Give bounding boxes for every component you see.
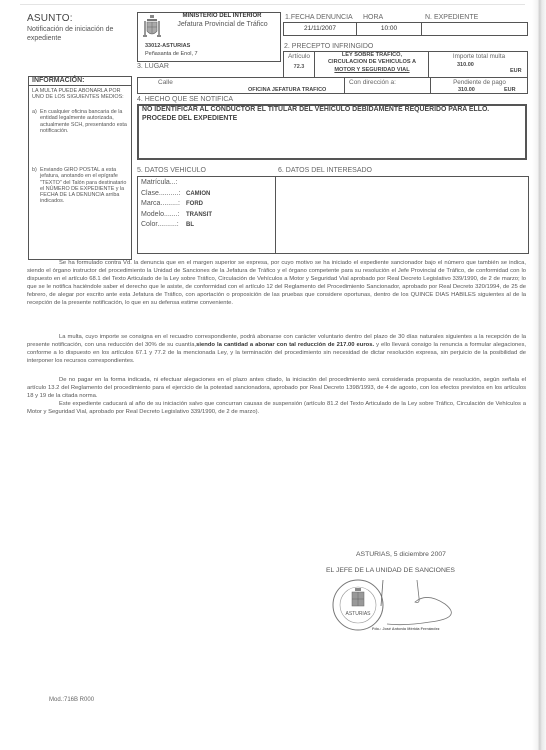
direccion-label: Con dirección a: [349,79,396,86]
body-paragraph-4: Este expediente caducará al año de su in… [27,401,526,417]
importe-currency: EUR [510,68,522,74]
lugar-box: Calle OFICINA JEFATURA TRAFICO Con direc… [137,77,528,94]
paragraph-bold-text: siendo la cantidad a abonar con tal redu… [196,342,374,348]
law-line-2: CIRCULACION DE VEHICULOS A [317,59,427,66]
precepto-box: Artículo 72.3 LEY SOBRE TRAFICO, CIRCULA… [283,51,528,78]
datos-interesado-label: 6. DATOS DEL INTERESADO [278,167,372,174]
pendiente-label: Pendiente de pago [432,79,527,86]
hecho-text: NO IDENTIFICAR AL CONDUCTOR EL TITULAR D… [142,106,524,123]
expediente-label: N. EXPEDIENTE [425,14,478,21]
top-edge-line [20,4,525,5]
informacion-divider [28,85,132,86]
field-value: FORD [186,199,203,210]
denuncia-info-row: 21/11/2007 10:00 [283,22,528,36]
vehicle-field-row: Marca.........:FORD [141,199,212,210]
field-key: Marca.........: [141,199,186,210]
datos-vehiculo-label: 5. DATOS VEHICULO [137,167,206,174]
ministry-subtitle: Jefatura Provincial de Tráfico [170,21,275,29]
asunto-title: ASUNTO: [27,13,73,24]
paragraph-text: De no pagar en la forma indicada, ni efe… [27,377,526,399]
ministry-address-line2: Peñasanta de Enol, 7 [145,51,198,57]
divider [428,52,429,77]
field-value: TRANSIT [186,210,212,221]
hora-label: HORA [363,14,383,21]
law-text: LEY SOBRE TRAFICO, CIRCULACION DE VEHICU… [317,52,427,74]
field-value: BL [186,220,194,231]
fecha-value: 21/11/2007 [284,23,356,35]
asunto-text: Notificación de iniciación de expediente [27,26,117,43]
calle-value: OFICINA JEFATURA TRAFICO [248,87,326,93]
informacion-item-a: a) En cualquier oficina bancaria de la e… [32,109,130,134]
paragraph-text: Se ha formulado contra Vd. la denuncia q… [27,260,526,306]
field-key: Matrícula...: [141,178,186,189]
informacion-intro: LA MULTA PUEDE ABONARLA POR UNO DE LOS S… [32,88,130,101]
pendiente-value: 310.00 [458,87,475,93]
svg-text:ASTURIAS: ASTURIAS [345,611,371,617]
vehicle-field-row: Matrícula...: [141,178,212,189]
lugar-label: 3. LUGAR [137,63,169,70]
field-key: Modelo.......: [141,210,186,221]
hecho-label: 4. HECHO QUE SE NOTIFICA [137,96,233,103]
fecha-denuncia-label: 1.FECHA DENUNCIA [285,14,353,21]
vehicle-field-row: Color..........:BL [141,220,212,231]
divider [344,78,345,93]
calle-label: Calle [158,79,173,86]
expediente-value [422,23,527,35]
signatory-name: Fdo.: José Antonio Mérida Fernández [372,627,440,631]
ministry-title: MINISTERIO DEL INTERIOR [165,13,279,19]
datos-divider [275,176,276,254]
divider [314,52,315,77]
signature-place-date: ASTURIAS, 5 diciembre 2007 [356,551,446,558]
signature-title: EL JEFE DE LA UNIDAD DE SANCIONES [326,567,455,574]
coat-of-arms-icon [143,15,161,39]
item-a-key: a) [32,109,40,134]
body-paragraph-2: La multa, cuyo importe se consigna en el… [27,334,526,366]
ministry-address-line1: 33012-ASTURIAS [145,43,190,49]
informacion-item-b: b) Enviando GIRO POSTAL a esta jefatura,… [32,167,130,205]
body-paragraph-1: Se ha formulado contra Vd. la denuncia q… [27,260,526,307]
law-line-1: LEY SOBRE TRAFICO, [317,52,427,59]
vehicle-field-row: Modelo.......:TRANSIT [141,210,212,221]
field-value: CAMION [186,189,210,200]
informacion-title: INFORMACIÓN: [32,77,85,84]
vehicle-field-row: Clase..........:CAMION [141,189,212,200]
handwritten-signature [375,578,515,628]
vehicle-fields: Matrícula...: Clase..........:CAMION Mar… [141,178,212,231]
importe-value: 310.00 [457,62,474,68]
law-line-3: MOTOR Y SEGURIDAD VIAL [334,67,409,73]
item-b-key: b) [32,167,40,205]
articulo-value: 72.3 [286,64,312,70]
item-b-text: Enviando GIRO POSTAL a esta jefatura, an… [40,167,130,205]
item-a-text: En cualquier oficina bancaria de la enti… [40,109,130,134]
page-edge-shadow [532,0,546,750]
articulo-label: Artículo [286,53,312,60]
body-paragraph-3: De no pagar en la forma indicada, ni efe… [27,377,526,401]
form-model-code: Mod.:716B R000 [49,697,94,703]
paragraph-text: Este expediente caducará al año de su in… [27,401,526,415]
divider [430,78,431,93]
pendiente-currency: EUR [504,87,516,93]
field-key: Color..........: [141,220,186,231]
precepto-label: 2. PRECEPTO INFRINGIDO [284,43,373,50]
importe-label: Importe total multa [430,53,528,60]
field-key: Clase..........: [141,189,186,200]
hora-value: 10:00 [357,23,421,35]
